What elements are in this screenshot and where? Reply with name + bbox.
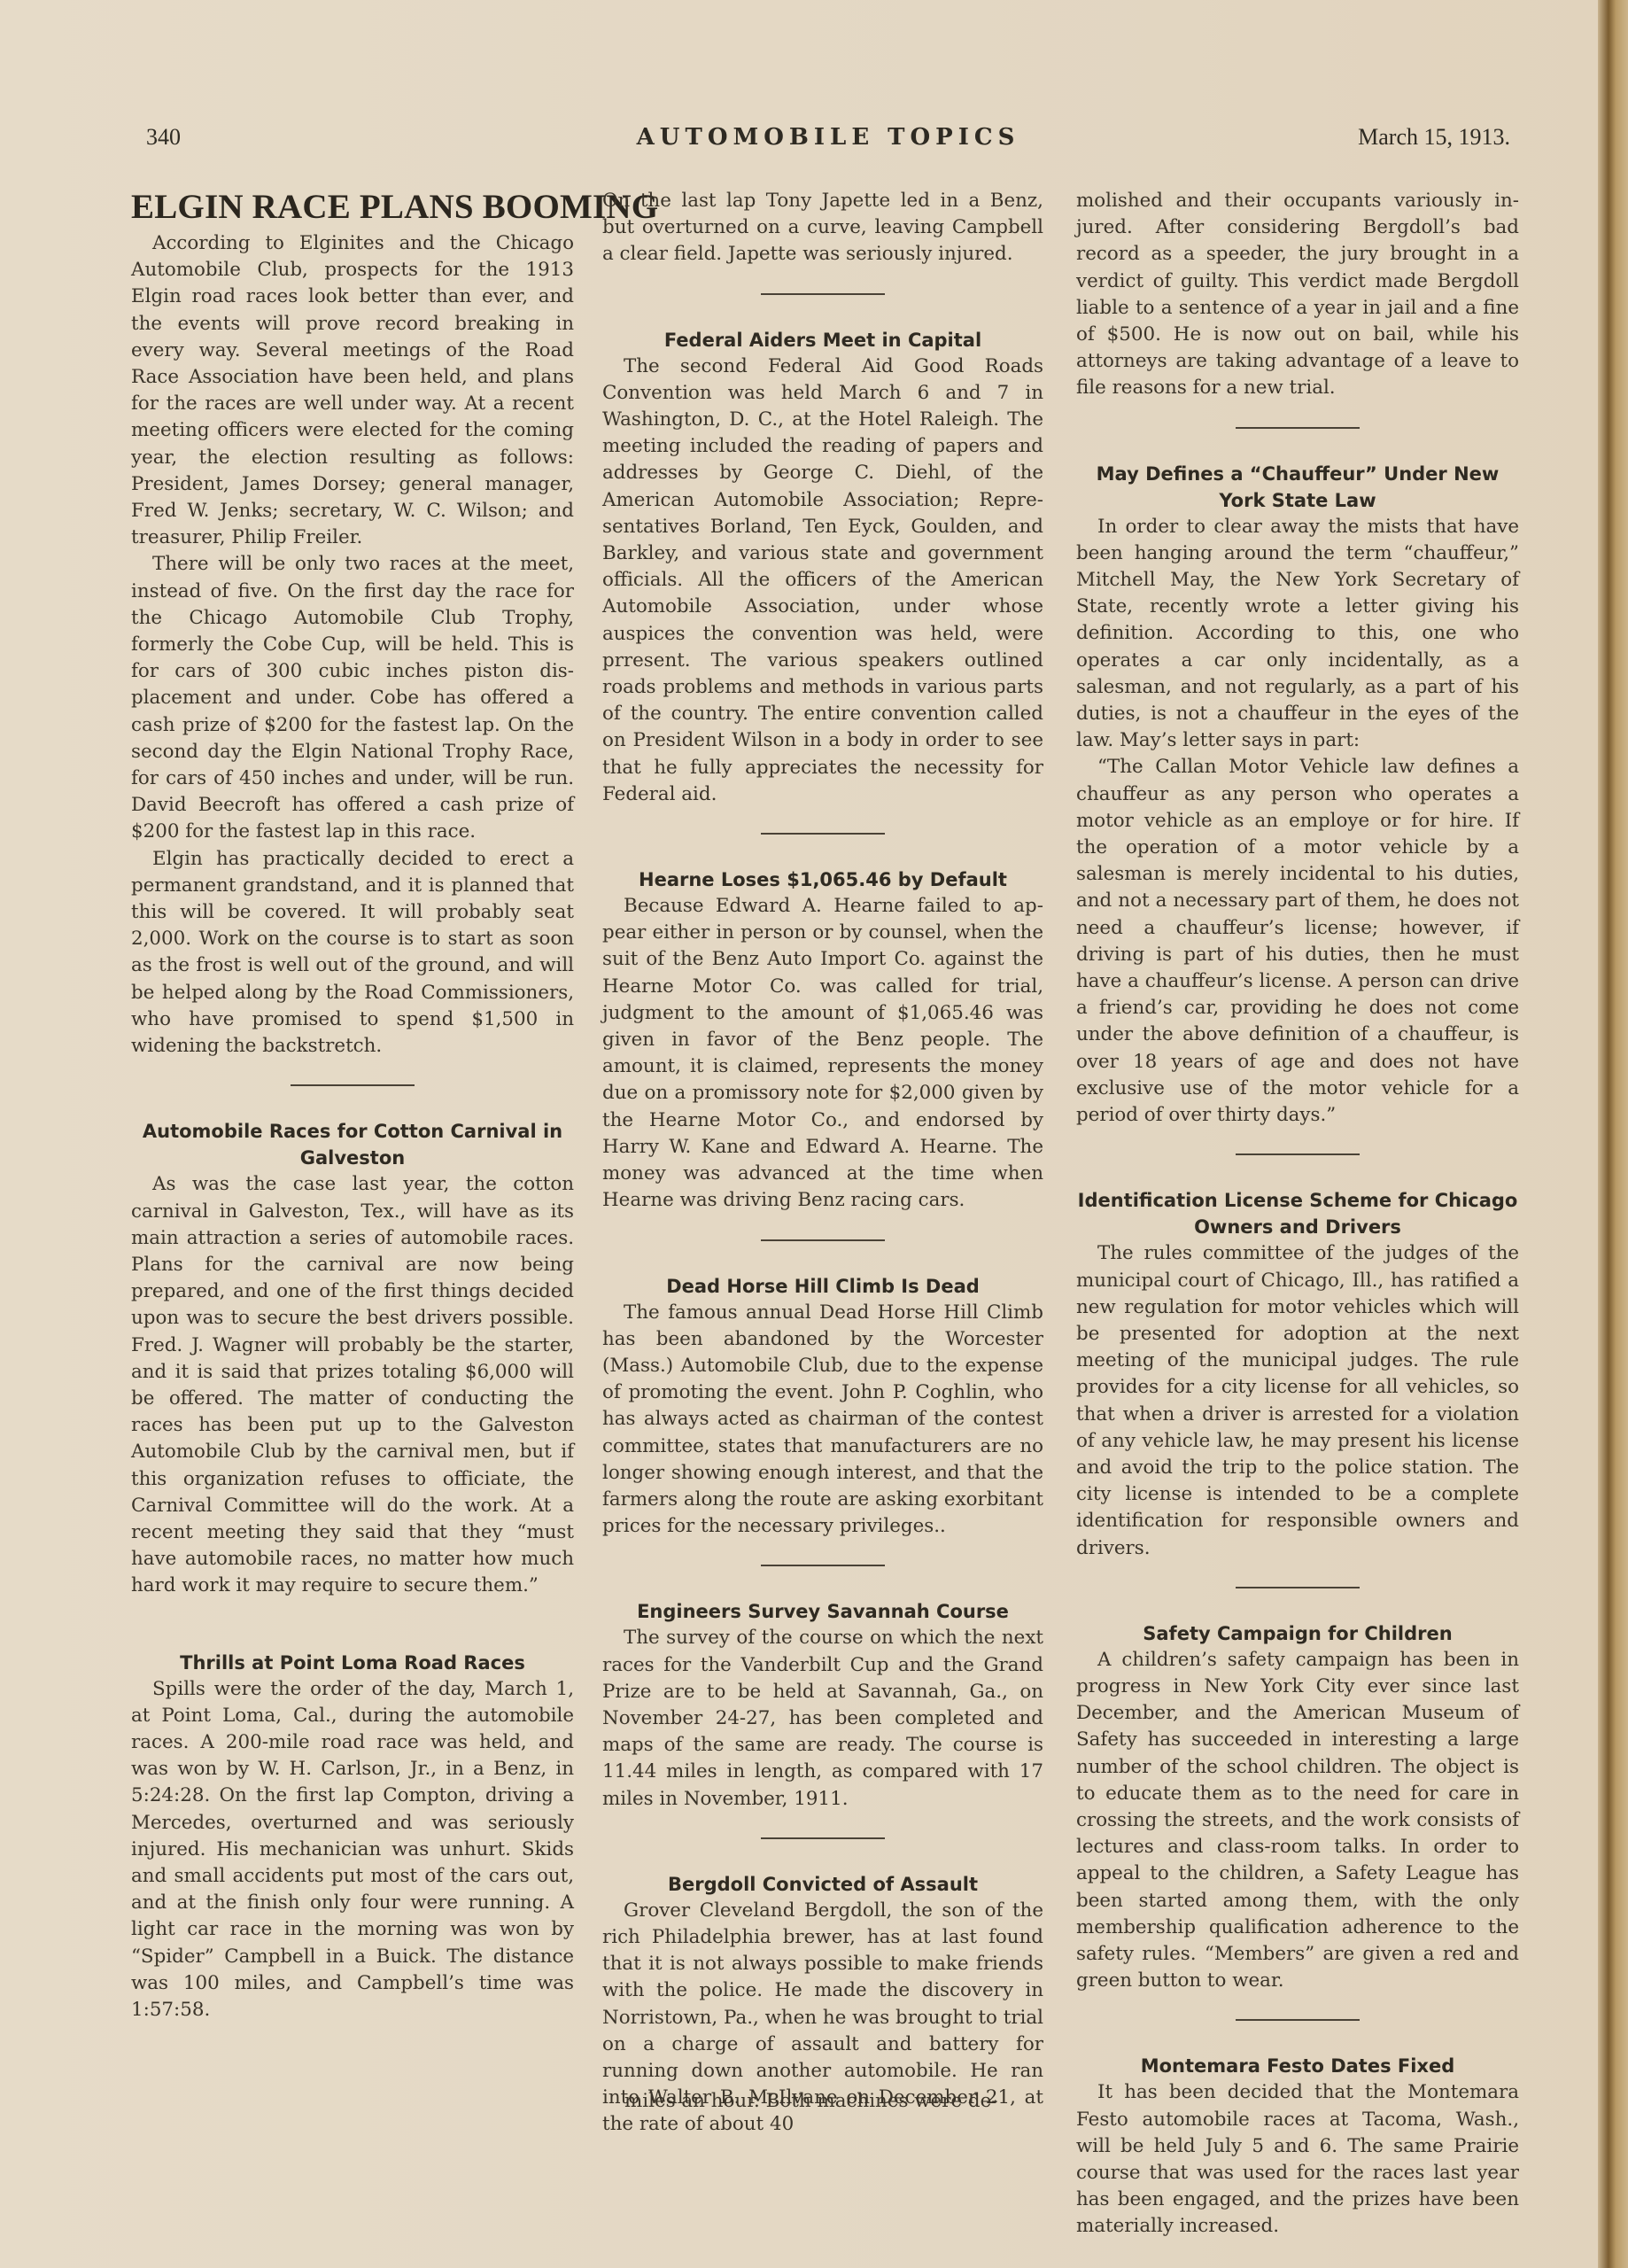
article-headline: Dead Horse Hill Climb Is Dead [602, 1273, 1043, 1300]
section-divider [761, 1837, 885, 1839]
column-1: ELGIN RACE PLANS BOOMING According to El… [131, 188, 574, 2023]
section-divider [761, 1565, 885, 1566]
article-chicago-license: Identification License Scheme for Chi­ca… [1076, 1187, 1519, 1561]
section-divider [291, 1084, 415, 1086]
section-divider [761, 833, 885, 835]
section-divider [1236, 1153, 1360, 1155]
issue-date: March 15, 1913. [1358, 124, 1510, 151]
article-point-loma: Thrills at Point Loma Road Races Spills … [131, 1650, 574, 2024]
publication-title: AUTOMOBILE TOPICS [146, 124, 1510, 151]
article-headline: Identification License Scheme for Chi­ca… [1076, 1187, 1519, 1240]
article-galveston: Automobile Races for Cotton Carnival in … [131, 1118, 574, 1599]
article-paragraph: A children’s safety campaign has been in… [1076, 1647, 1519, 1995]
article-chauffeur: May Defines a “Chauffeur” Under New York… [1076, 461, 1519, 1130]
article-paragraph: As was the case last year, the cotton ca… [131, 1171, 574, 1599]
article-headline: May Defines a “Chauffeur” Under New York… [1076, 461, 1519, 514]
article-headline: Thrills at Point Loma Road Races [131, 1650, 574, 1676]
magazine-page: 340 AUTOMOBILE TOPICS March 15, 1913. EL… [0, 0, 1601, 2268]
article-paragraph: Because Edward A. Hearne failed to ap­pe… [602, 893, 1043, 1214]
page-header: 340 AUTOMOBILE TOPICS March 15, 1913. [146, 124, 1510, 159]
article-continuation: molished and their occupants variously i… [1076, 188, 1519, 402]
article-headline: Automobile Races for Cotton Carnival in … [131, 1118, 574, 1171]
article-headline: Safety Campaign for Children [1076, 1620, 1519, 1647]
page-binding-edge [1598, 0, 1628, 2268]
article-continuation: On the last lap Tony Japette led in a Be… [602, 188, 1043, 268]
article-elgin: ELGIN RACE PLANS BOOMING According to El… [131, 188, 574, 1060]
section-divider [1236, 427, 1360, 429]
article-paragraph: The second Federal Aid Good Roads Conven… [602, 353, 1043, 808]
article-dead-horse: Dead Horse Hill Climb Is Dead The famous… [602, 1273, 1043, 1541]
article-paragraph: Spills were the order of the day, March … [131, 1676, 574, 2024]
article-paragraph: There will be only two races at the meet… [131, 551, 574, 845]
article-title: ELGIN RACE PLANS BOOMING [131, 188, 574, 227]
article-federal-aiders: Federal Aiders Meet in Capital The secon… [602, 327, 1043, 808]
section-divider [1236, 2019, 1360, 2021]
article-headline: Bergdoll Convicted of Assault [602, 1871, 1043, 1898]
article-paragraph: The survey of the course on which the ne… [602, 1625, 1043, 1812]
article-paragraph: The famous annual Dead Horse Hill Climb … [602, 1300, 1043, 1541]
column-3: molished and their occupants variously i… [1076, 188, 1519, 2241]
article-paragraph: “The Callan Motor Vehicle law defines a … [1076, 754, 1519, 1129]
article-headline: Federal Aiders Meet in Capital [602, 327, 1043, 353]
article-paragraph: It has been decided that the Montemara F… [1076, 2079, 1519, 2240]
section-divider [761, 293, 885, 295]
article-paragraph: According to Elginites and the Chicago A… [131, 230, 574, 551]
article-paragraph: In order to clear away the mists that ha… [1076, 514, 1519, 755]
article-headline: Montemara Festo Dates Fixed [1076, 2053, 1519, 2079]
article-hearne: Hearne Loses $1,065.46 by Default Becaus… [602, 866, 1043, 1214]
section-divider [1236, 1587, 1360, 1588]
article-headline: Hearne Loses $1,065.46 by Default [602, 866, 1043, 893]
article-paragraph: Elgin has practically decided to erect a… [131, 846, 574, 1060]
section-divider [761, 1239, 885, 1241]
section-spacer [291, 1621, 415, 1623]
article-savannah: Engineers Survey Savannah Course The sur… [602, 1598, 1043, 1812]
article-safety-campaign: Safety Campaign for Children A children’… [1076, 1620, 1519, 1995]
article-paragraph: The rules committee of the judges of the… [1076, 1240, 1519, 1561]
article-montemara: Montemara Festo Dates Fixed It has been … [1076, 2053, 1519, 2240]
column-2: On the last lap Tony Japette led in a Be… [602, 188, 1043, 2139]
article-headline: Engineers Survey Savannah Course [602, 1598, 1043, 1625]
